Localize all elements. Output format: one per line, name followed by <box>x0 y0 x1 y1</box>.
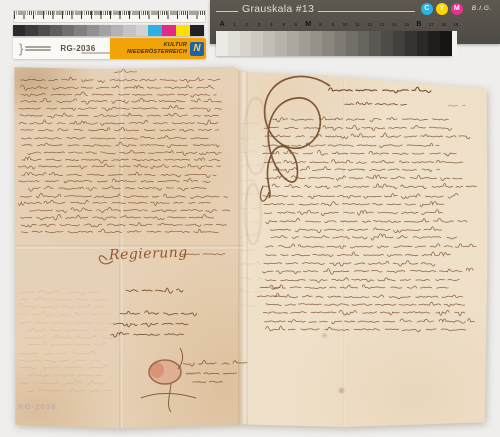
step-label: 10 <box>339 22 351 27</box>
wedge-step <box>393 31 405 56</box>
signature-1 <box>126 288 183 293</box>
step-label: M <box>302 21 314 28</box>
wedge-step <box>346 31 358 56</box>
step-label: B <box>413 21 425 28</box>
cm-ruler <box>13 10 206 23</box>
kultur-logo-text: KULTUR NIEDERÖSTERREICH <box>127 42 187 55</box>
wedge-step <box>334 31 346 56</box>
bleedthrough-gutter <box>240 123 263 306</box>
step-label: 14 <box>388 22 400 27</box>
corner-hand-mark <box>448 105 466 106</box>
step-label: 1 <box>228 22 240 27</box>
wedge-step <box>275 31 287 56</box>
signature-by-seal-short <box>192 381 222 382</box>
step-label: 19 <box>450 22 462 27</box>
calibration-bar <box>13 25 204 36</box>
wedge-step <box>381 31 393 56</box>
bleedthrough-left <box>18 290 114 391</box>
wedge-step <box>263 31 275 56</box>
wedge-step <box>369 31 381 56</box>
magenta-patch <box>162 25 176 36</box>
wedge-step <box>310 31 322 56</box>
grauskala-underline <box>216 11 238 12</box>
archive-corner-mark: RG-2036 <box>18 402 57 411</box>
grauskala-step-wedge <box>216 31 452 56</box>
flourished-initial <box>261 76 330 201</box>
ink-circle-y: Y <box>436 3 448 15</box>
step-label: 3 <box>253 22 265 27</box>
gray-step <box>13 25 25 36</box>
wedge-step <box>358 31 370 56</box>
step-label: 15 <box>400 22 412 27</box>
right-heading-1 <box>329 87 432 93</box>
step-label: 6 <box>290 22 302 27</box>
docket-date <box>182 254 226 255</box>
wedge-step <box>417 31 429 56</box>
step-label: 11 <box>351 22 363 27</box>
gray-step <box>87 25 99 36</box>
notary-cross-mark <box>141 384 196 412</box>
signature-by-seal <box>183 360 247 374</box>
right-heading-2 <box>344 102 407 105</box>
step-label: 13 <box>376 22 388 27</box>
step-label: 17 <box>425 22 437 27</box>
manuscript-sheet: Regierung RG-2036 <box>13 64 488 431</box>
gray-step <box>50 25 62 36</box>
wedge-step <box>322 31 334 56</box>
wedge-step <box>299 31 311 56</box>
step-label: 18 <box>437 22 449 27</box>
cyan-patch <box>148 25 162 36</box>
gray-step <box>62 25 74 36</box>
grauskala-wedge-edge <box>452 31 457 56</box>
n-monogram-icon: N <box>190 42 204 56</box>
wedge-step <box>240 31 252 56</box>
step-label: A <box>216 21 228 28</box>
left-page-top-mark <box>114 69 137 73</box>
archive-small-text <box>25 44 51 53</box>
step-label: 2 <box>241 22 253 27</box>
archive-bracket-icon: } <box>19 42 23 55</box>
step-label: 12 <box>364 22 376 27</box>
ink-circle-m: M <box>451 3 463 15</box>
ink-circle-c: C <box>421 3 433 15</box>
manuscript-handwriting <box>13 64 488 431</box>
gray-step <box>74 25 86 36</box>
left-page-text <box>18 77 230 233</box>
wax-seal <box>149 348 183 384</box>
wedge-step <box>228 31 240 56</box>
black-patch <box>190 25 204 36</box>
step-label: 8 <box>314 22 326 27</box>
gray-step <box>123 25 135 36</box>
wedge-step <box>428 31 440 56</box>
wedge-step <box>440 31 452 56</box>
archive-label-strip: } RG-2036 KULTUR NIEDERÖSTERREICH N <box>13 38 206 59</box>
grauskala-underline <box>318 11 415 12</box>
gray-step <box>25 25 37 36</box>
step-label: 4 <box>265 22 277 27</box>
wedge-step <box>251 31 263 56</box>
docket-inscription: Regierung <box>109 245 188 264</box>
wedge-step <box>405 31 417 56</box>
grauskala-brand: B.I.G. <box>472 5 492 12</box>
yellow-patch <box>176 25 190 36</box>
grauskala-step-labels: A123456M89101112131415B171819 <box>216 20 462 29</box>
step-label: 9 <box>327 22 339 27</box>
step-label: 5 <box>277 22 289 27</box>
wedge-step <box>287 31 299 56</box>
grauskala-title: Grauskala #13 <box>242 3 314 15</box>
kultur-niederoesterreich-logo: KULTUR NIEDERÖSTERREICH N <box>110 38 206 59</box>
gray-step <box>99 25 111 36</box>
gray-step <box>111 25 123 36</box>
gray-step <box>136 25 148 36</box>
wedge-step <box>216 31 228 56</box>
gray-step <box>38 25 50 36</box>
signature-block <box>110 311 196 337</box>
